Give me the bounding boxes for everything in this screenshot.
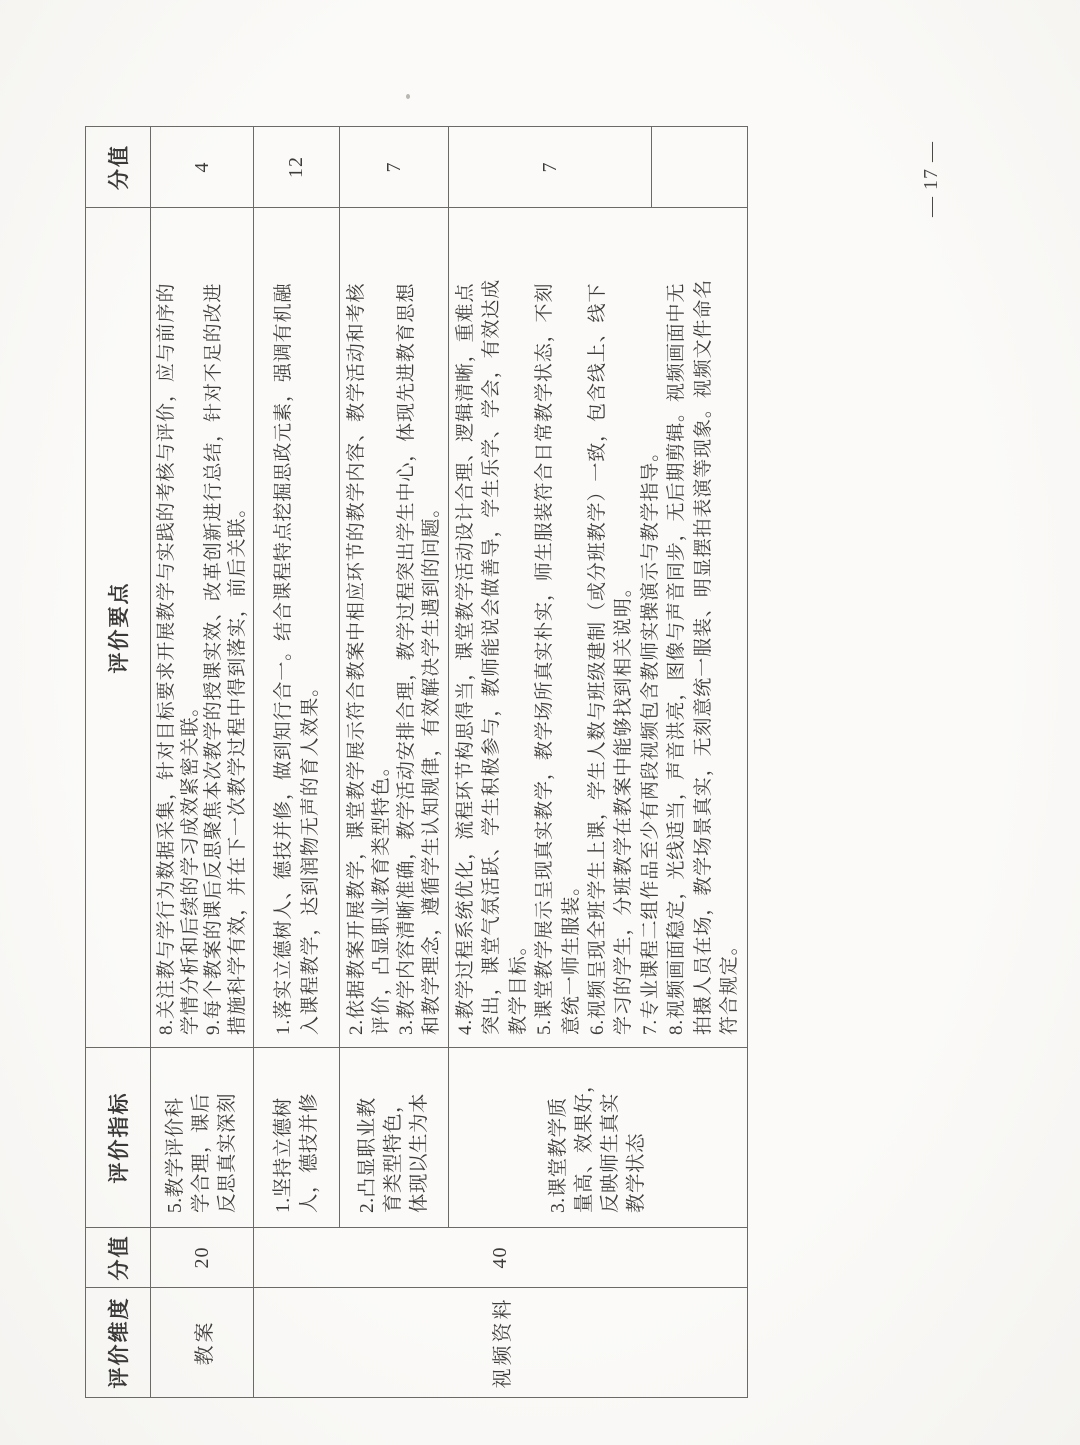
table-row: 教案 20 5.教学评价科 学合理，课后 反思真实深刻 8.关注教与学行为数据采… [151,127,254,1398]
rotated-sheet: 评价维度 分值 评价指标 评价要点 分值 教案 20 5.教学评价科 学合理，课… [0,0,1080,1445]
points-1: 1.落实立德树人、德技并修，做到知行合一。结合课程特点挖掘思政元素，强调有机融 … [254,208,340,1048]
table-row: 视频资料 40 1.坚持立德树 人，德技并修 1.落实立德树人、德技并修，做到知… [254,127,340,1398]
indicator-2: 2.凸显职业教 育类型特色， 体现以生为本 [340,1048,449,1228]
header-indicator: 评价指标 [86,1048,151,1228]
header-dimension: 评价维度 [86,1288,151,1398]
dimension-shipinziliao: 视频资料 [254,1288,748,1398]
evaluation-rubric-table: 评价维度 分值 评价指标 评价要点 分值 教案 20 5.教学评价科 学合理，课… [85,126,748,1398]
header-row: 评价维度 分值 评价指标 评价要点 分值 [86,127,151,1398]
indicator-5: 5.教学评价科 学合理，课后 反思真实深刻 [151,1048,254,1228]
table-row: 2.凸显职业教 育类型特色， 体现以生为本 2.依据教案开展教学，课堂教学展示符… [340,127,449,1398]
page-number: — 17 — [920,131,943,227]
points-2-3: 2.依据教案开展教学，课堂教学展示符合教案中相应环节的教学内容、教学活动和考核 … [340,208,449,1048]
header-points: 评价要点 [86,208,151,1048]
indicator-3: 3.课堂教学质 量高、效果好， 反映师生真实 教学状态 [449,1048,748,1228]
header-row-score: 分值 [86,127,151,208]
row-score-7a: 7 [340,127,449,208]
table-row: 3.课堂教学质 量高、效果好， 反映师生真实 教学状态 4.教学过程系统优化，流… [449,127,652,1398]
dimension-score-shipinziliao: 40 [254,1228,748,1288]
row-score-12: 12 [254,127,340,208]
row-score-empty [652,127,748,208]
points-8-9: 8.关注教与学行为数据采集，针对目标要求开展教学与实践的考核与评价，应与前序的 … [151,208,254,1048]
header-dimension-score: 分值 [86,1228,151,1288]
row-score-4: 4 [151,127,254,208]
dimension-score-jiaoan: 20 [151,1228,254,1288]
indicator-1: 1.坚持立德树 人，德技并修 [254,1048,340,1228]
dimension-jiaoan: 教案 [151,1288,254,1398]
scanned-document-page: 评价维度 分值 评价指标 评价要点 分值 教案 20 5.教学评价科 学合理，课… [0,0,1080,1445]
scan-speck [406,94,410,99]
points-4-8: 4.教学过程系统优化，流程环节构思得当，课堂教学活动设计合理、逻辑清晰，重难点 … [449,208,748,1048]
row-score-7b: 7 [449,127,652,208]
